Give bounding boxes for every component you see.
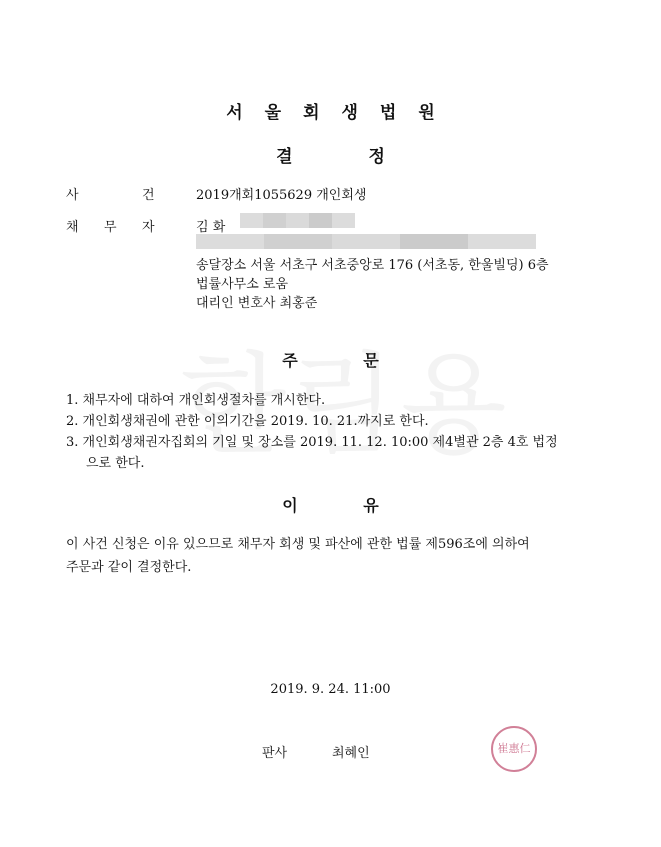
representative: 대리인 변호사 최홍준 bbox=[196, 292, 317, 311]
debtor-name: 김 화 bbox=[196, 216, 225, 235]
order-item-1: 1. 채무자에 대하여 개인회생절차를 개시한다. bbox=[66, 389, 325, 408]
order-item-3: 3. 개인회생채권자집회의 기일 및 장소를 2019. 11. 12. 10:… bbox=[66, 431, 558, 450]
order-title: 주 문 bbox=[0, 348, 661, 371]
document-type-title: 결 정 bbox=[0, 142, 661, 167]
debtor-label-char: 자 bbox=[142, 216, 180, 235]
case-label: 사건 bbox=[66, 184, 180, 203]
debtor-label: 채무자 bbox=[66, 216, 180, 235]
judge-name: 최혜인 bbox=[332, 742, 370, 761]
service-address: 송달장소 서울 서초구 서초중앙로 176 (서초동, 한울빌딩) 6층 bbox=[196, 254, 549, 273]
judge-seal-icon: 崔惠仁 bbox=[491, 726, 537, 772]
court-name: 서울회생법원 bbox=[0, 98, 661, 123]
law-firm: 법률사무소 로움 bbox=[196, 273, 288, 292]
reason-line-1: 이 사건 신청은 이유 있으므로 채무자 회생 및 파산에 관한 법률 제596… bbox=[66, 533, 530, 552]
decision-date: 2019. 9. 24. 11:00 bbox=[0, 682, 661, 697]
case-number: 2019개회1055629 개인회생 bbox=[196, 184, 366, 203]
order-item-2: 2. 개인회생채권에 관한 이의기간을 2019. 10. 21.까지로 한다. bbox=[66, 410, 429, 429]
debtor-label-char: 무 bbox=[104, 216, 142, 235]
order-item-3-continuation: 으로 한다. bbox=[86, 452, 145, 471]
debtor-label-char: 채 bbox=[66, 216, 104, 235]
reason-line-2: 주문과 같이 결정한다. bbox=[66, 556, 191, 575]
judge-label: 판사 bbox=[262, 742, 287, 761]
redacted-name-block bbox=[240, 213, 355, 228]
redacted-address-block bbox=[196, 234, 536, 249]
case-label-char: 사 bbox=[66, 184, 104, 203]
case-label-char: 건 bbox=[142, 184, 180, 203]
reason-title: 이 유 bbox=[0, 493, 661, 516]
